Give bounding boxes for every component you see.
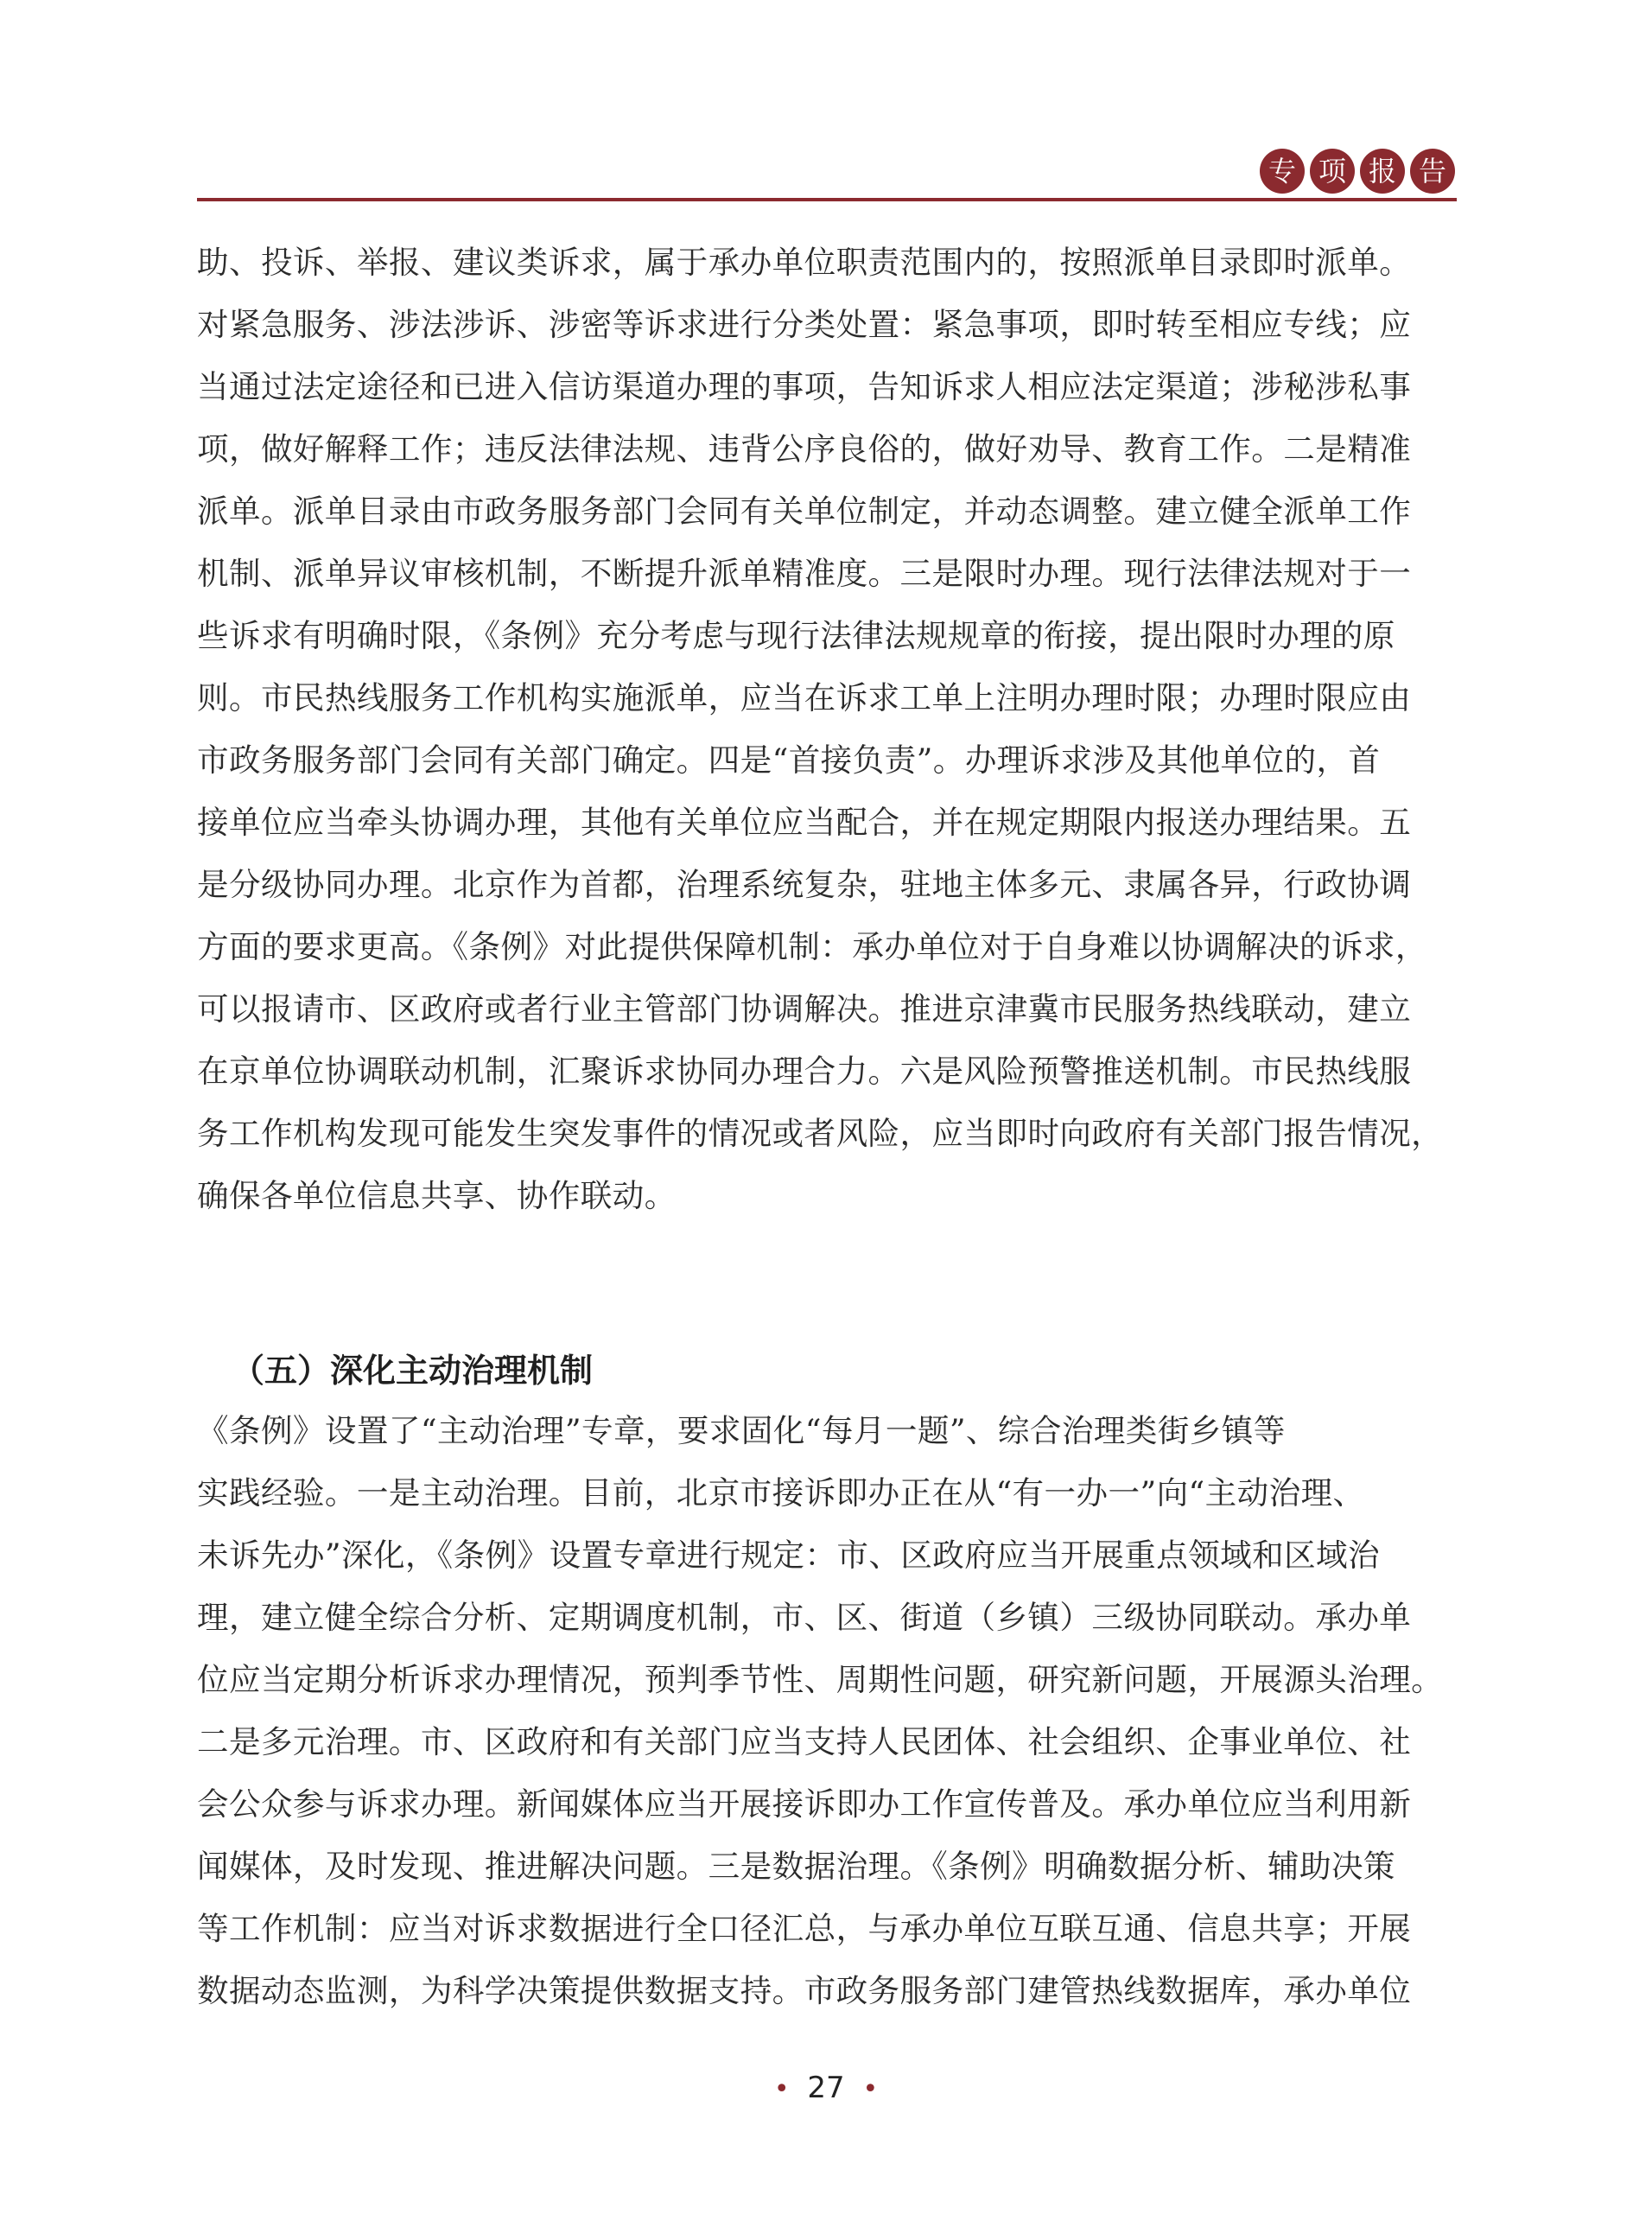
text-line: 机制、派单异议审核机制，不断提升派单精准度。三是限时办理。现行法律法规对于一 [197,543,1457,605]
text-line: 是分级协同办理。北京作为首都，治理系统复杂，驻地主体多元、隶属各异，行政协调 [197,854,1457,916]
bullet-dot-icon: • [774,2074,790,2104]
page-footer: • 27 • [0,2071,1652,2105]
text-line: 对紧急服务、涉法涉诉、涉密等诉求进行分类处置：紧急事项，即时转至相应专线；应 [197,294,1457,356]
text-line: 在京单位协调联动机制，汇聚诉求协同办理合力。六是风险预警推送机制。市民热线服 [197,1040,1457,1103]
text-line: 则。市民热线服务工作机构实施派单，应当在诉求工单上注明办理时限；办理时限应由 [197,667,1457,729]
text-line: 二是多元治理。市、区政府和有关部门应当支持人民团体、社会组织、企事业单位、社 [197,1711,1457,1773]
text-line: 接单位应当牵头协调办理，其他有关单位应当配合，并在规定期限内报送办理结果。五 [197,792,1457,854]
body-text-section-five: 《条例》设置了“主动治理”专章，要求固化“每月一题”、综合治理类街乡镇等 实践经… [197,1400,1457,2022]
text-line: 助、投诉、举报、建议类诉求，属于承办单位职责范围内的，按照派单目录即时派单。 [197,232,1457,294]
header-divider [197,198,1457,201]
text-line: 会公众参与诉求办理。新闻媒体应当开展接诉即办工作宣传普及。承办单位应当利用新 [197,1773,1457,1836]
text-line: 方面的要求更高。《条例》对此提供保障机制：承办单位对于自身难以协调解决的诉求， [197,916,1457,978]
text-line: 确保各单位信息共享、协作联动。 [197,1165,1457,1227]
bullet-dot-icon: • [862,2074,878,2104]
text-line: 未诉先办”深化，《条例》设置专章进行规定：市、区政府应当开展重点领域和区域治 [197,1524,1457,1587]
text-line: 实践经验。一是主动治理。目前，北京市接诉即办正在从“有一办一”向“主动治理、 [197,1462,1457,1524]
text-line: 当通过法定途径和已进入信访渠道办理的事项，告知诉求人相应法定渠道；涉秘涉私事 [197,356,1457,418]
header-badge-char: 报 [1360,149,1405,194]
section-heading: （五）深化主动治理机制 [232,1344,593,1391]
header-badge-char: 项 [1310,149,1355,194]
text-line: 项，做好解释工作；违反法律法规、违背公序良俗的，做好劝导、教育工作。二是精准 [197,418,1457,480]
paragraph-dispatch: 助、投诉、举报、建议类诉求，属于承办单位职责范围内的，按照派单目录即时派单。 对… [197,232,1457,1227]
text-line: 些诉求有明确时限，《条例》充分考虑与现行法律法规规章的衔接，提出限时办理的原 [197,605,1457,667]
header-badges: 专 项 报 告 [1260,149,1455,194]
text-line: 数据动态监测，为科学决策提供数据支持。市政务服务部门建管热线数据库，承办单位 [197,1960,1457,2022]
text-line: 派单。派单目录由市政务服务部门会同有关单位制定，并动态调整。建立健全派单工作 [197,480,1457,543]
text-line: 《条例》设置了“主动治理”专章，要求固化“每月一题”、综合治理类街乡镇等 [197,1400,1457,1462]
text-line: 理，建立健全综合分析、定期调度机制，市、区、街道（乡镇）三级协同联动。承办单 [197,1587,1457,1649]
text-line: 等工作机制：应当对诉求数据进行全口径汇总，与承办单位互联互通、信息共享；开展 [197,1898,1457,1960]
header-badge-char: 告 [1410,149,1455,194]
text-line: 可以报请市、区政府或者行业主管部门协调解决。推进京津冀市民服务热线联动，建立 [197,978,1457,1040]
text-line: 务工作机构发现可能发生突发事件的情况或者风险，应当即时向政府有关部门报告情况， [197,1103,1457,1165]
text-line: 位应当定期分析诉求办理情况，预判季节性、周期性问题，研究新问题，开展源头治理。 [197,1649,1457,1711]
text-line: 市政务服务部门会同有关部门确定。四是“首接负责”。办理诉求涉及其他单位的，首 [197,729,1457,792]
text-line: 闻媒体，及时发现、推进解决问题。三是数据治理。《条例》明确数据分析、辅助决策 [197,1836,1457,1898]
page-number: 27 [807,2071,844,2105]
header-badge-char: 专 [1260,149,1305,194]
paragraph-active-governance: 《条例》设置了“主动治理”专章，要求固化“每月一题”、综合治理类街乡镇等 实践经… [197,1400,1457,2022]
body-text-top: 助、投诉、举报、建议类诉求，属于承办单位职责范围内的，按照派单目录即时派单。 对… [197,232,1457,1227]
